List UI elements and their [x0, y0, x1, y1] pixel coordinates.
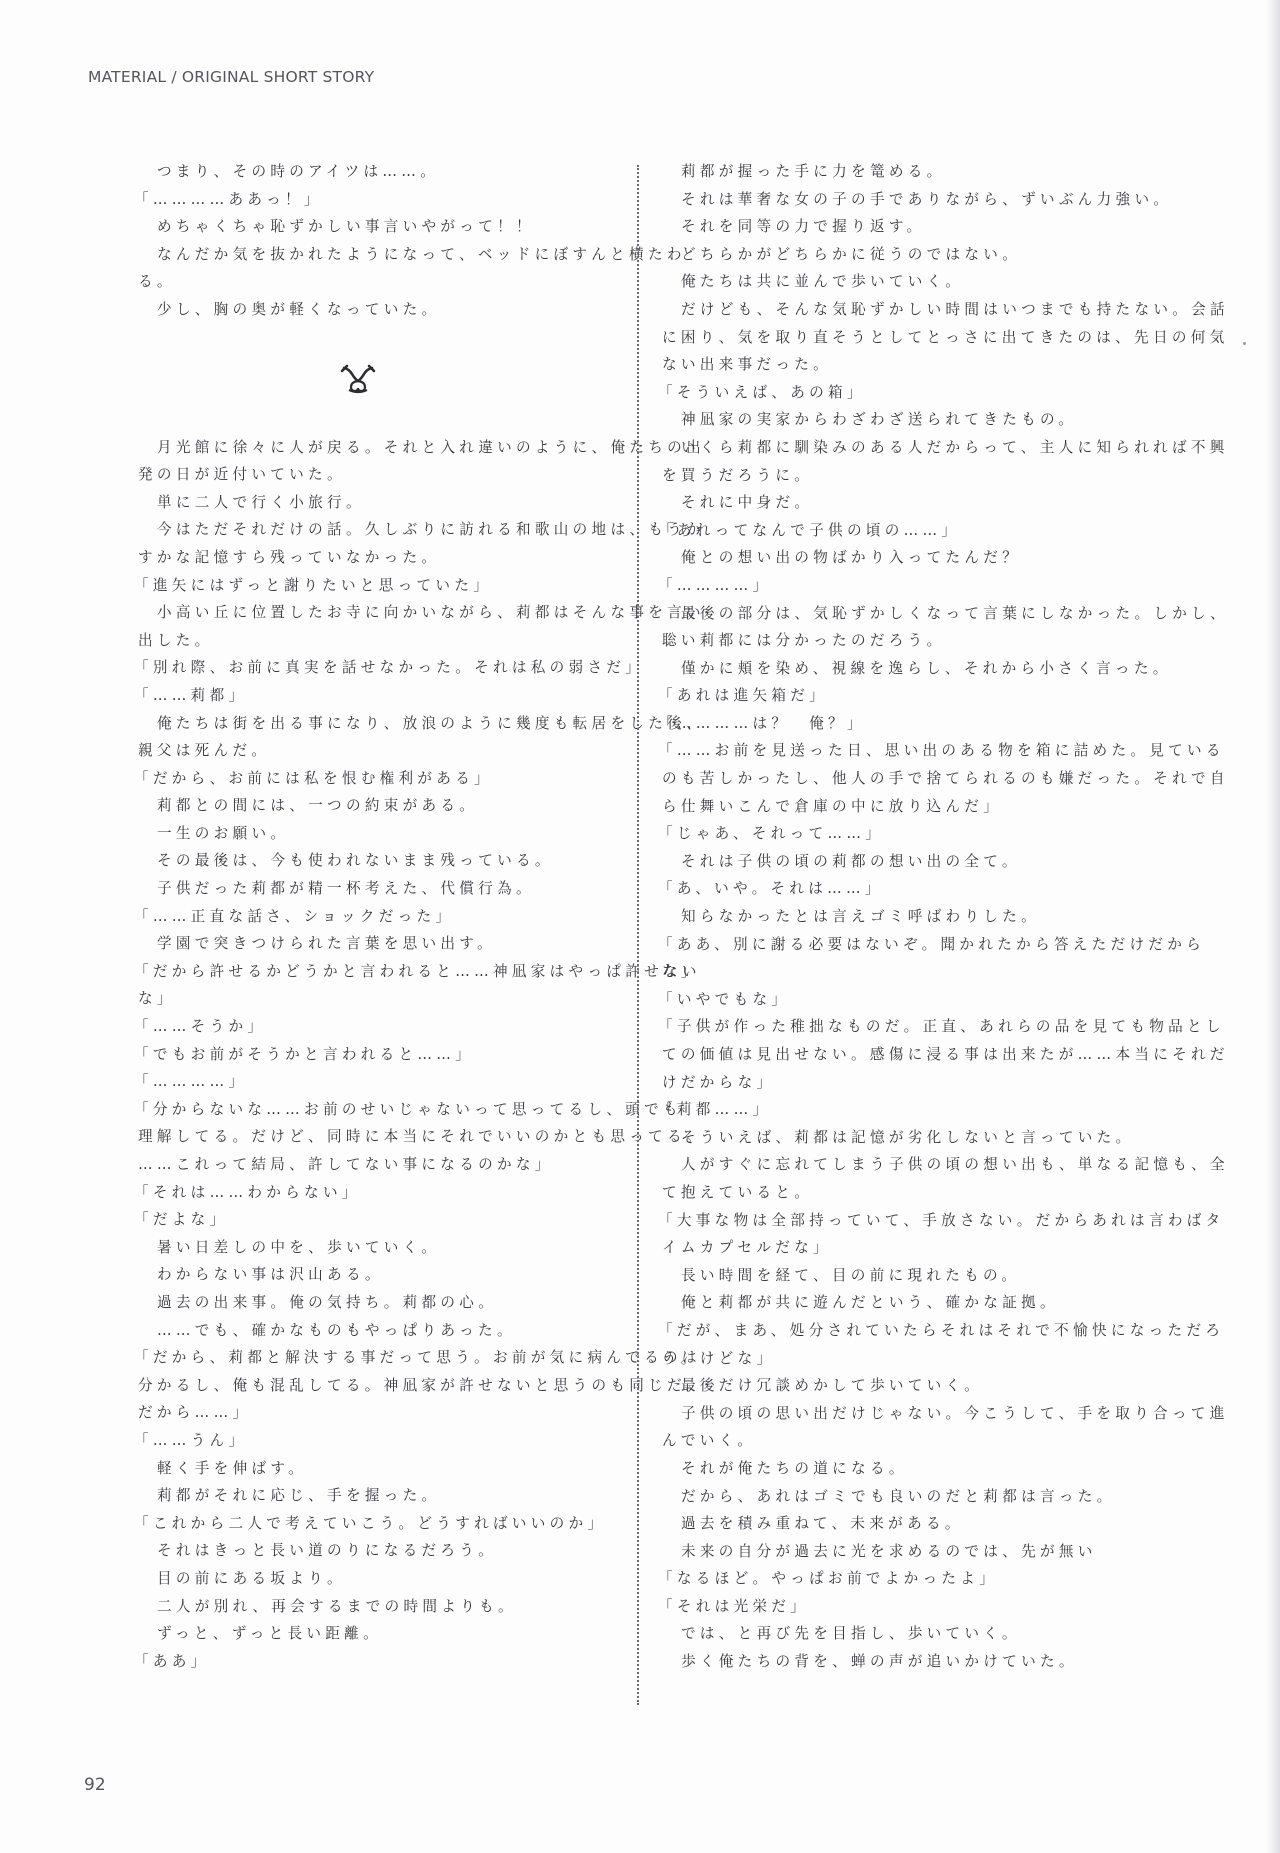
text-line: 二人が別れ、再会するまでの時間よりも。: [138, 1593, 598, 1621]
dialogue-line: 「あ、いや。それは……」: [658, 875, 1122, 903]
text-line: 今はただそれだけの話。久しぶりに訪れる和歌山の地は、もうか: [138, 516, 598, 544]
text-line: わからない事は沢山ある。: [138, 1261, 598, 1289]
text-line-continued: 出した。: [138, 627, 598, 655]
text-line: 少し、胸の奥が軽くなっていた。: [138, 296, 598, 324]
section-break: [138, 324, 598, 434]
text-line-continued: だから……」: [138, 1399, 598, 1427]
dialogue-line: 「…………ああっ！」: [134, 186, 598, 214]
text-line: 暑い日差しの中を、歩いていく。: [138, 1234, 598, 1262]
section-header: MATERIAL / ORIGINAL SHORT STORY: [88, 68, 374, 86]
dialogue-line: 「ああ」: [134, 1648, 598, 1676]
dialogue-line: 「ああ、別に謝る必要はないぞ。聞かれたから答えただけだから: [658, 931, 1122, 959]
text-line: 軽く手を伸ばす。: [138, 1455, 598, 1483]
text-line: 目の前にある坂より。: [138, 1565, 598, 1593]
column-divider: [637, 165, 639, 1705]
dialogue-line: 「あれは進矢箱だ」: [658, 682, 1122, 710]
dialogue-line: 「進矢にはずっと謝りたいと思っていた」: [134, 572, 598, 600]
text-line: それは子供の頃の莉都の想い出の全て。: [662, 848, 1122, 876]
dialogue-line: 「大事な物は全部持っていて、手放さない。だからあれは言わばタ: [658, 1207, 1122, 1235]
text-line-continued: 発の日が近付いていた。: [138, 461, 598, 489]
text-line: 莉都が握った手に力を篭める。: [662, 158, 1122, 186]
dialogue-line: 「……お前を見送った日、思い出のある物を箱に詰めた。見ている: [658, 737, 1122, 765]
text-line: 子供の頃の思い出だけじゃない。今こうして、手を取り合って進: [662, 1400, 1122, 1428]
fleuron-ornament-icon: [340, 364, 376, 394]
story-section-2-continued: 莉都が握った手に力を篭める。それは華奢な女の子の手でありながら、ずいぶん力強い。…: [662, 158, 1122, 1676]
text-line-continued: う。けどな」: [662, 1345, 1122, 1373]
story-section-2: 月光館に徐々に人が戻る。それと入れ違いのように、俺たちの出発の日が近付いていた。…: [138, 434, 598, 1676]
text-line: 最後の部分は、気恥ずかしくなって言葉にしなかった。しかし、: [662, 600, 1122, 628]
text-line-continued: ての価値は見出せない。感傷に浸る事は出来たが……本当にそれだ: [662, 1041, 1122, 1069]
dialogue-line: 「だから、莉都と解決する事だって思う。お前が気に病んでるのは: [134, 1344, 598, 1372]
text-line-continued: な」: [662, 958, 1122, 986]
text-line: その最後は、今も使われないまま残っている。: [138, 847, 598, 875]
text-line: それはきっと長い道のりになるだろう。: [138, 1537, 598, 1565]
text-line: ずっと、ずっと長い距離。: [138, 1620, 598, 1648]
text-line-continued: ない出来事だった。: [662, 351, 1122, 379]
text-line: 神凪家の実家からわざわざ送られてきたもの。: [662, 406, 1122, 434]
text-line: それが俺たちの道になる。: [662, 1455, 1122, 1483]
left-column: つまり、その時のアイツは……。「…………ああっ！」めちゃくちゃ恥ずかしい事言いや…: [138, 158, 598, 1675]
dialogue-line: 「なるほど。やっぱお前でよかったよ」: [658, 1565, 1122, 1593]
dialogue-line: 「…………は？ 俺？」: [658, 710, 1122, 738]
text-line-continued: て抱えていると。: [662, 1179, 1122, 1207]
dialogue-line: 「それは……わからない」: [134, 1179, 598, 1207]
dialogue-line: 「…………」: [658, 572, 1122, 600]
text-line: 子供だった莉都が精一杯考えた、代償行為。: [138, 875, 598, 903]
text-line-continued: んでいく。: [662, 1427, 1122, 1455]
dialogue-line: 「でもお前がそうかと言われると……」: [134, 1041, 598, 1069]
text-line: ……でも、確かなものもやっぱりあった。: [138, 1317, 598, 1345]
text-line-continued: 親父は死んだ。: [138, 737, 598, 765]
text-line: それに中身だ。: [662, 489, 1122, 517]
text-line: では、と再び先を目指し、歩いていく。: [662, 1620, 1122, 1648]
text-line-continued: のも苦しかったし、他人の手で捨てられるのも嫌だった。それで自: [662, 765, 1122, 793]
text-line-continued: 分かるし、俺も混乱してる。神凪家が許せないと思うのも同じだ。: [138, 1372, 598, 1400]
text-line: だから、あれはゴミでも良いのだと莉都は言った。: [662, 1483, 1122, 1511]
text-line: 歩く俺たちの背を、蝉の声が追いかけていた。: [662, 1648, 1122, 1676]
text-line-continued: ……これって結局、許してない事になるのかな」: [138, 1151, 598, 1179]
text-line: 俺との想い出の物ばかり入ってたんだ？: [662, 544, 1122, 572]
text-line: 月光館に徐々に人が戻る。それと入れ違いのように、俺たちの出: [138, 434, 598, 462]
text-line: 最後だけ冗談めかして歩いていく。: [662, 1372, 1122, 1400]
text-line: なんだか気を抜かれたようになって、ベッドにぼすんと横たわ: [138, 241, 598, 269]
dialogue-line: 「それは光栄だ」: [658, 1593, 1122, 1621]
dialogue-line: 「そういえば、あの箱」: [658, 379, 1122, 407]
text-line: 未来の自分が過去に光を求めるのでは、先が無い: [662, 1538, 1122, 1566]
text-line: どちらかがどちらかに従うのではない。: [662, 241, 1122, 269]
text-line: 俺たちは共に並んで歩いていく。: [662, 268, 1122, 296]
text-line: 俺たちは街を出る事になり、放浪のように幾度も転居をした後、: [138, 710, 598, 738]
text-line: 学園で突きつけられた言葉を思い出す。: [138, 930, 598, 958]
text-line: 過去の出来事。俺の気持ち。莉都の心。: [138, 1289, 598, 1317]
text-line-continued: イムカプセルだな」: [662, 1234, 1122, 1262]
text-line: つまり、その時のアイツは……。: [138, 158, 598, 186]
text-line: 莉都がそれに応じ、手を握った。: [138, 1482, 598, 1510]
dialogue-line: 「いやでもな」: [658, 986, 1122, 1014]
text-line: 単に二人で行く小旅行。: [138, 489, 598, 517]
dialogue-line: 「だよな」: [134, 1206, 598, 1234]
dialogue-line: 「……そうか」: [134, 1013, 598, 1041]
text-line: 知らなかったとは言えゴミ呼ばわりした。: [662, 903, 1122, 931]
text-line: めちゃくちゃ恥ずかしい事言いやがって！！: [138, 213, 598, 241]
dialogue-line: 「だから許せるかどうかと言われると……神凪家はやっぱ許せない: [134, 958, 598, 986]
dialogue-line: 「……正直な話さ、ショックだった」: [134, 903, 598, 931]
text-line: 過去を積み重ねて、未来がある。: [662, 1510, 1122, 1538]
dialogue-line: 「……うん」: [134, 1427, 598, 1455]
story-section-1: つまり、その時のアイツは……。「…………ああっ！」めちゃくちゃ恥ずかしい事言いや…: [138, 158, 598, 324]
text-line-continued: る。: [138, 268, 598, 296]
text-line-continued: けだからな」: [662, 1069, 1122, 1097]
text-line: それを同等の力で握り返す。: [662, 213, 1122, 241]
scan-speck: [1243, 342, 1246, 345]
text-line: 莉都との間には、一つの約束がある。: [138, 792, 598, 820]
dialogue-line: 「別れ際、お前に真実を話せなかった。それは私の弱さだ」: [134, 654, 598, 682]
text-line: 俺と莉都が共に遊んだという、確かな証拠。: [662, 1289, 1122, 1317]
text-line: だけども、そんな気恥ずかしい時間はいつまでも持たない。会話: [662, 296, 1122, 324]
text-line: 一生のお願い。: [138, 820, 598, 848]
dialogue-line: 「だから、お前には私を恨む権利がある」: [134, 765, 598, 793]
dialogue-line: 「あれってなんで子供の頃の……」: [658, 517, 1122, 545]
dialogue-line: 「子供が作った稚拙なものだ。正直、あれらの品を見ても物品とし: [658, 1013, 1122, 1041]
text-line-continued: な」: [138, 985, 598, 1013]
text-line-continued: に困り、気を取り直そうとしてとっさに出てきたのは、先日の何気: [662, 324, 1122, 352]
text-line: 人がすぐに忘れてしまう子供の頃の想い出も、単なる記憶も、全: [662, 1151, 1122, 1179]
text-line: 小高い丘に位置したお寺に向かいながら、莉都はそんな事を言い: [138, 599, 598, 627]
text-line: それは華奢な女の子の手でありながら、ずいぶん力強い。: [662, 186, 1122, 214]
dialogue-line: 「じゃあ、それって……」: [658, 820, 1122, 848]
dialogue-line: 「分からないな……お前のせいじゃないって思ってるし、頭でも: [134, 1096, 598, 1124]
text-line: そういえば、莉都は記憶が劣化しないと言っていた。: [662, 1124, 1122, 1152]
text-line-continued: を買うだろうに。: [662, 462, 1122, 490]
page-number: 92: [84, 1775, 106, 1795]
text-line: 長い時間を経て、目の前に現れたもの。: [662, 1262, 1122, 1290]
dialogue-line: 「これから二人で考えていこう。どうすればいいのか」: [134, 1510, 598, 1538]
scan-edge-shadow: [1266, 0, 1280, 1853]
right-column: 莉都が握った手に力を篭める。それは華奢な女の子の手でありながら、ずいぶん力強い。…: [662, 158, 1122, 1676]
text-line-continued: すかな記憶すら残っていなかった。: [138, 544, 598, 572]
dialogue-line: 「……莉都」: [134, 682, 598, 710]
text-line: 僅かに頬を染め、視線を逸らし、それから小さく言った。: [662, 655, 1122, 683]
text-line-continued: 理解してる。だけど、同時に本当にそれでいいのかとも思ってる。: [138, 1123, 598, 1151]
dialogue-line: 「…………」: [134, 1068, 598, 1096]
dialogue-line: 「だが、まあ、処分されていたらそれはそれで不愉快になっただろ: [658, 1317, 1122, 1345]
text-line: いくら莉都に馴染みのある人だからって、主人に知られれば不興: [662, 434, 1122, 462]
text-line-continued: ら仕舞いこんで倉庫の中に放り込んだ」: [662, 793, 1122, 821]
dialogue-line: 「莉都……」: [658, 1096, 1122, 1124]
text-line-continued: 聡い莉都には分かったのだろう。: [662, 627, 1122, 655]
